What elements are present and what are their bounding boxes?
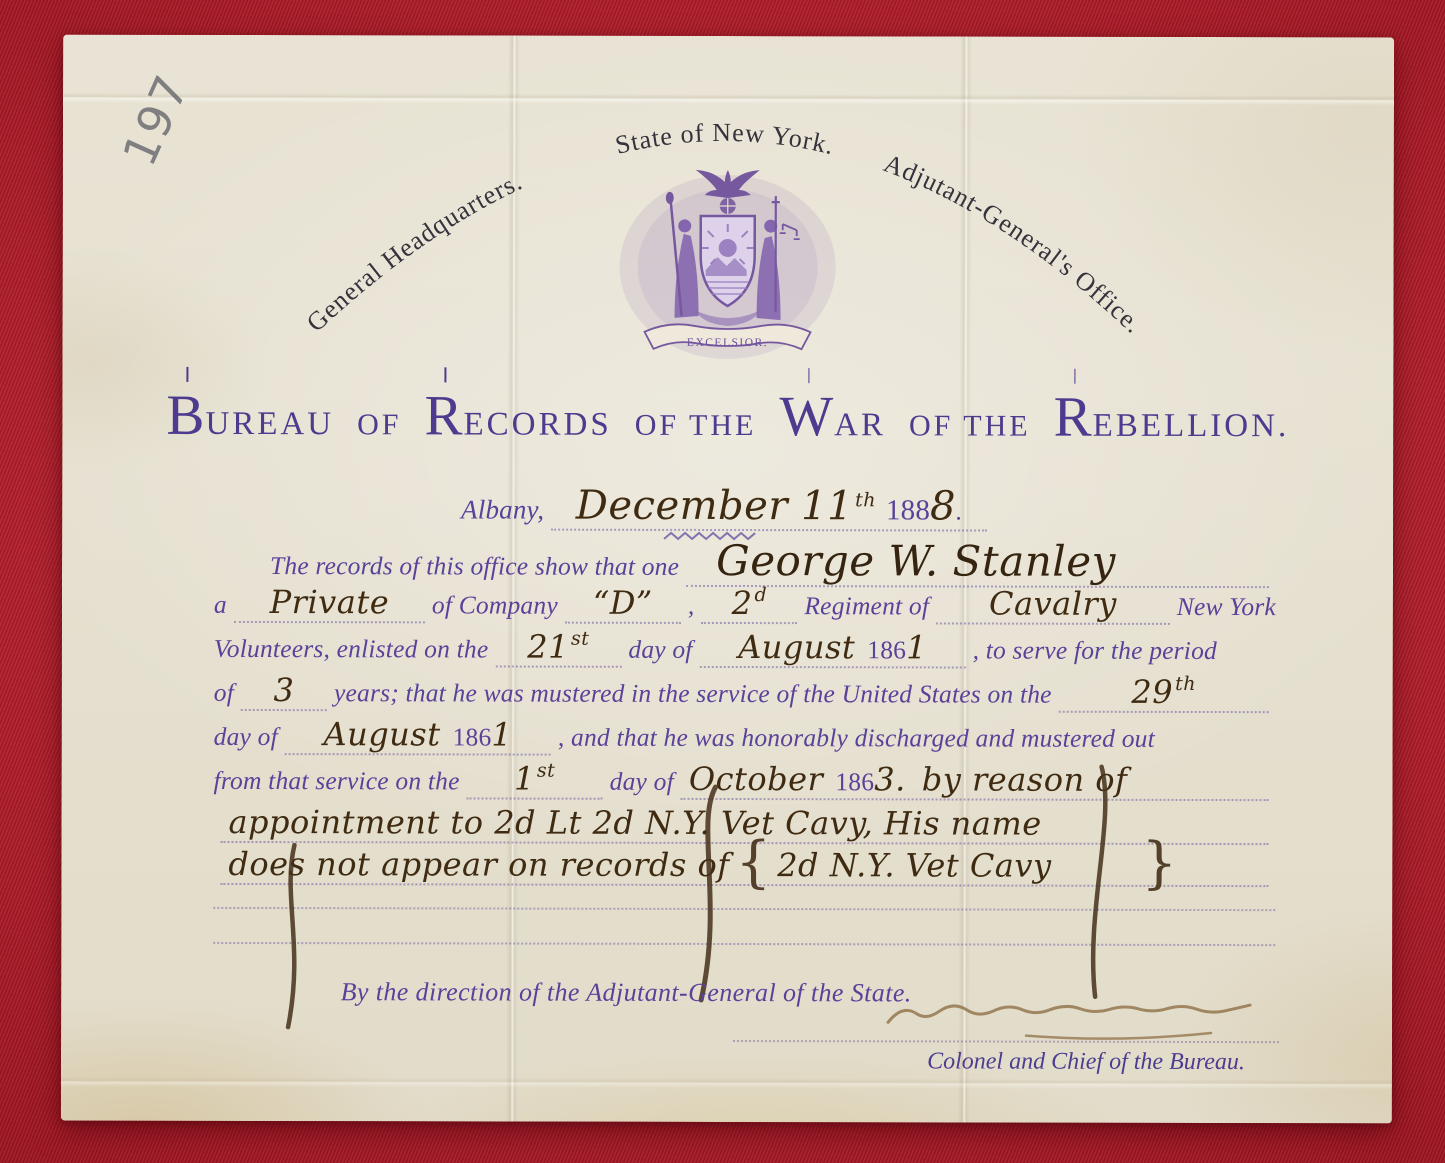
regiment-number-superscript: d	[755, 584, 768, 606]
muster-month-year-blank: August 186 1	[285, 715, 551, 756]
arc-text-right-container: Adjutant-General's Office.	[880, 148, 1149, 339]
title-word-rest: UREAU	[205, 406, 334, 442]
soldier-name-blank: George W. Stanley	[686, 536, 1269, 588]
soldier-name-handwriting: George W. Stanley	[716, 536, 1116, 586]
printed-comma: ,	[688, 591, 695, 621]
title-initial: W	[779, 385, 834, 448]
years-handwriting: 3	[274, 671, 295, 709]
liberty-head	[678, 219, 691, 232]
body-line-2: a Private of Company “D” , 2d Regiment o…	[214, 583, 1276, 629]
certificate-document: 197 General Headquarters. State of New Y…	[61, 35, 1394, 1124]
branch-blank: Cavalry	[936, 584, 1170, 624]
body-line-3: Volunteers, enlisted on the 21st day of …	[214, 627, 1276, 673]
title-word-war: WAR	[779, 422, 886, 439]
muster-day-blank: 29th	[1059, 673, 1269, 713]
dateline-blank: December 11th 1888.	[551, 483, 987, 532]
dateline-place-label: Albany,	[461, 494, 544, 525]
photo-red-fabric-background: 197 General Headquarters. State of New Y…	[0, 0, 1445, 1163]
discharge-day-blank: 1st	[467, 759, 603, 799]
branch-handwriting: Cavalry	[989, 585, 1117, 623]
discharge-month-year-blank: October 186 3. by reason of	[681, 760, 1269, 801]
bureau-title: BUREAU OF RECORDS OF THE WAR OF THE REBE…	[62, 387, 1393, 447]
printed-year-prefix: 186	[835, 767, 874, 797]
title-word-rest: ECORDS	[463, 406, 611, 442]
printed-text: years; that he was mustered in the servi…	[334, 678, 1052, 710]
remarks-handwriting: 2d N.Y. Vet Cavy	[777, 846, 1051, 885]
arc-text-right: Adjutant-General's Office.	[880, 148, 1149, 339]
printed-text: day of	[214, 722, 278, 752]
rank-handwriting: Private	[270, 583, 390, 621]
dateline-year-printed: 188	[886, 494, 930, 527]
body-line-1: The records of this office show that one…	[214, 535, 1276, 585]
title-initial: R	[1054, 386, 1093, 449]
title-word-of-the: OF THE	[635, 409, 757, 442]
remarks-handwriting: appointment to 2d Lt 2d N.Y. Vet Cavy, H…	[228, 803, 1041, 843]
title-word-rebellion: REBELLION.	[1054, 423, 1290, 440]
company-handwriting: “D”	[593, 584, 653, 622]
enlist-month-year-blank: August 186 1	[700, 628, 966, 669]
title-word-rest: EBELLION.	[1093, 408, 1290, 444]
printed-text: day of	[610, 767, 674, 797]
title-word-of: OF	[357, 408, 401, 441]
rank-blank: Private	[234, 583, 425, 623]
enlist-year-digit-handwriting: 1	[906, 628, 927, 666]
enlist-day-handwriting: 21	[527, 628, 569, 666]
regiment-number-handwriting: 2	[732, 584, 753, 622]
signer-title: Colonel and Chief of the Bureau.	[891, 1048, 1281, 1076]
pen-flourish-stroke	[691, 781, 731, 1006]
muster-month-handwriting: August	[323, 715, 440, 753]
enlist-day-blank: 21st	[495, 628, 621, 668]
muster-year-digit-handwriting: 1	[491, 716, 512, 754]
printed-text: day of	[628, 635, 692, 665]
dateline: Albany, December 11th 1888.	[62, 482, 1393, 533]
direction-statement: By the direction of the Adjutant-General…	[276, 977, 976, 1008]
enlist-day-superscript: st	[571, 628, 589, 650]
regiment-number-blank: 2d	[701, 584, 797, 624]
arc-text-center: State of New York.	[612, 118, 837, 161]
years-blank: 3	[241, 671, 327, 711]
horizontal-fold-crease	[61, 1077, 1392, 1090]
seal-motto-text: EXCELSIOR.	[687, 337, 768, 349]
pencil-archive-number: 197	[112, 66, 200, 174]
title-word-bureau: BUREAU	[166, 421, 334, 438]
printed-text: of	[214, 678, 234, 708]
title-word-of-the: OF THE	[909, 409, 1031, 442]
title-word-records: RECORDS	[424, 421, 611, 438]
body-line-4: of 3 years; that he was mustered in the …	[214, 671, 1276, 717]
dateline-year-handwriting: 8	[930, 483, 956, 529]
dateline-period: .	[956, 496, 963, 526]
printed-year-prefix: 186	[867, 635, 906, 665]
title-word-rest: AR	[834, 407, 886, 443]
printed-text: , and that he was honorably discharged a…	[558, 723, 1155, 754]
arc-text-left-container: General Headquarters.	[301, 166, 527, 338]
signature-script	[876, 992, 1346, 1045]
arc-text-center-container: State of New York.	[612, 118, 837, 161]
title-initial: B	[166, 384, 205, 447]
company-blank: “D”	[565, 584, 681, 624]
printed-text: a	[214, 590, 227, 620]
muster-day-handwriting: 29	[1131, 673, 1173, 711]
printed-text: The records of this office show that one	[214, 551, 679, 582]
arc-text-left: General Headquarters.	[301, 166, 527, 338]
discharge-day-handwriting: 1	[514, 760, 535, 798]
dateline-month-day-handwriting: December 11	[576, 483, 853, 530]
discharge-year-digit-handwriting: 3.	[874, 760, 906, 798]
printed-text: , to serve for the period	[973, 636, 1217, 667]
ny-state-seal: EXCELSIOR.	[602, 162, 852, 368]
muster-day-superscript: th	[1175, 673, 1196, 695]
dateline-day-superscript: th	[855, 489, 876, 511]
printed-text: Regiment of	[804, 591, 929, 621]
printed-year-prefix: 186	[453, 722, 492, 752]
printed-text: Volunteers, enlisted on the	[214, 634, 489, 665]
printed-text: New York	[1177, 592, 1276, 622]
printed-text: from that service on the	[214, 766, 460, 797]
enlist-month-handwriting: August	[738, 628, 855, 666]
liberty-cap	[666, 192, 674, 204]
discharge-day-superscript: st	[537, 760, 555, 782]
title-initial: R	[424, 384, 463, 447]
sun-icon	[719, 239, 737, 257]
printed-text: of Company	[432, 590, 558, 620]
body-line-5: day of August 186 1 , and that he was ho…	[214, 715, 1276, 761]
pen-flourish-stroke	[1079, 759, 1120, 1004]
